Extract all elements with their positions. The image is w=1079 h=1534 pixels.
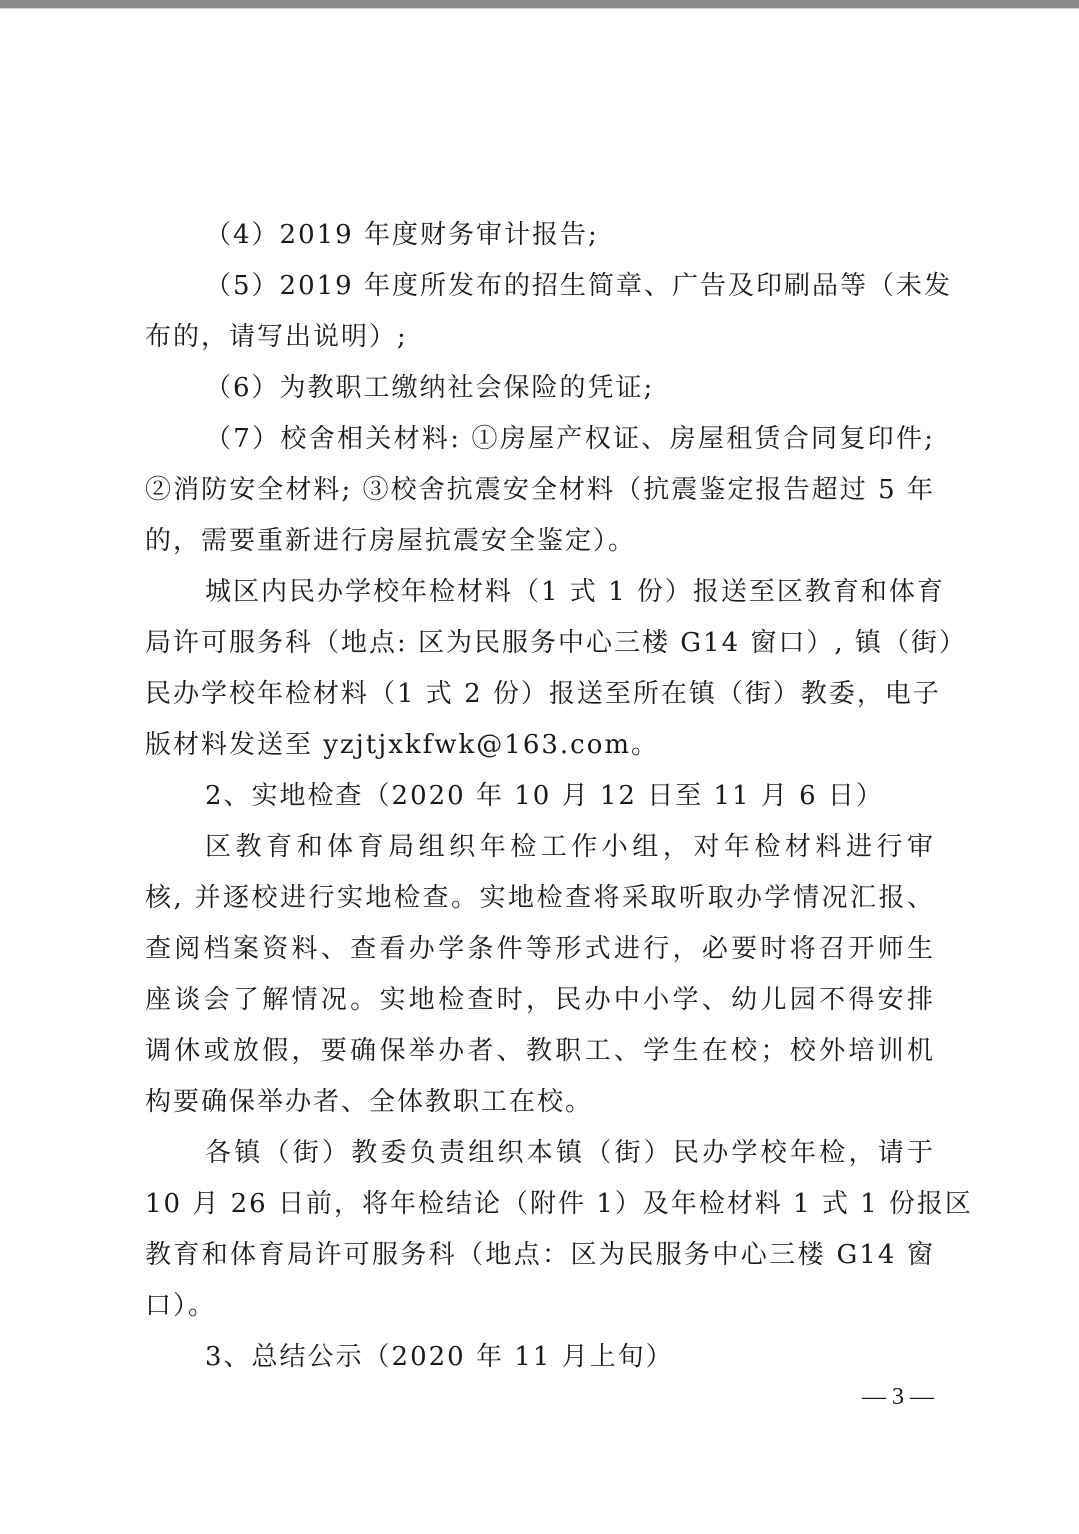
item-7-building-materials-cont1: ②消防安全材料; ③校舍抗震安全材料（抗震鉴定报告超过 5 年 xyxy=(145,470,935,510)
town-paragraph-line2: 10 月 26 日前，将年检结论（附件 1）及年检材料 1 式 1 份报区 xyxy=(145,1184,935,1224)
item-5-enrollment-materials: （5）2019 年度所发布的招生简章、广告及印刷品等（未发 xyxy=(205,266,935,306)
town-paragraph-line3: 教育和体育局许可服务科（地点：区为民服务中心三楼 G14 窗 xyxy=(145,1235,935,1275)
inspection-paragraph-line5: 调休或放假，要确保举办者、教职工、学生在校；校外培训机 xyxy=(145,1031,935,1071)
submission-paragraph-line2: 局许可服务科（地点: 区为民服务中心三楼 G14 窗口）, 镇（街） xyxy=(145,623,935,663)
inspection-paragraph-line1: 区教育和体育局组织年检工作小组，对年检材料进行审 xyxy=(205,827,935,867)
document-page: （4）2019 年度财务审计报告; （5）2019 年度所发布的招生简章、广告及… xyxy=(0,0,1079,1534)
section-2-heading: 2、实地检查（2020 年 10 月 12 日至 11 月 6 日） xyxy=(205,776,935,816)
item-5-enrollment-materials-cont: 布的，请写出说明）; xyxy=(145,317,935,357)
page-number: — 3 — xyxy=(858,1382,938,1412)
item-6-social-insurance: （6）为教职工缴纳社会保险的凭证; xyxy=(205,368,935,408)
section-3-heading: 3、总结公示（2020 年 11 月上旬） xyxy=(205,1337,935,1377)
inspection-paragraph-line2: 核, 并逐校进行实地检查。实地检查将采取听取办学情况汇报、 xyxy=(145,878,935,918)
submission-paragraph-line1: 城区内民办学校年检材料（1 式 1 份）报送至区教育和体育 xyxy=(205,572,935,612)
submission-paragraph-line3: 民办学校年检材料（1 式 2 份）报送至所在镇（街）教委，电子 xyxy=(145,674,935,714)
inspection-paragraph-line4: 座谈会了解情况。实地检查时，民办中小学、幼儿园不得安排 xyxy=(145,980,935,1020)
item-7-building-materials-cont2: 的，需要重新进行房屋抗震安全鉴定）。 xyxy=(145,521,935,561)
submission-paragraph-line4: 版材料发送至 yzjtjxkfwk@163.com。 xyxy=(145,725,935,765)
inspection-paragraph-line3: 查阅档案资料、查看办学条件等形式进行，必要时将召开师生 xyxy=(145,929,935,969)
town-paragraph-line4: 口）。 xyxy=(145,1286,935,1326)
item-4-audit-report: （4）2019 年度财务审计报告; xyxy=(205,215,935,255)
town-paragraph-line1: 各镇（街）教委负责组织本镇（街）民办学校年检，请于 xyxy=(205,1133,935,1173)
item-7-building-materials: （7）校舍相关材料: ①房屋产权证、房屋租赁合同复印件; xyxy=(205,419,935,459)
inspection-paragraph-line6: 构要确保举办者、全体教职工在校。 xyxy=(145,1082,935,1122)
